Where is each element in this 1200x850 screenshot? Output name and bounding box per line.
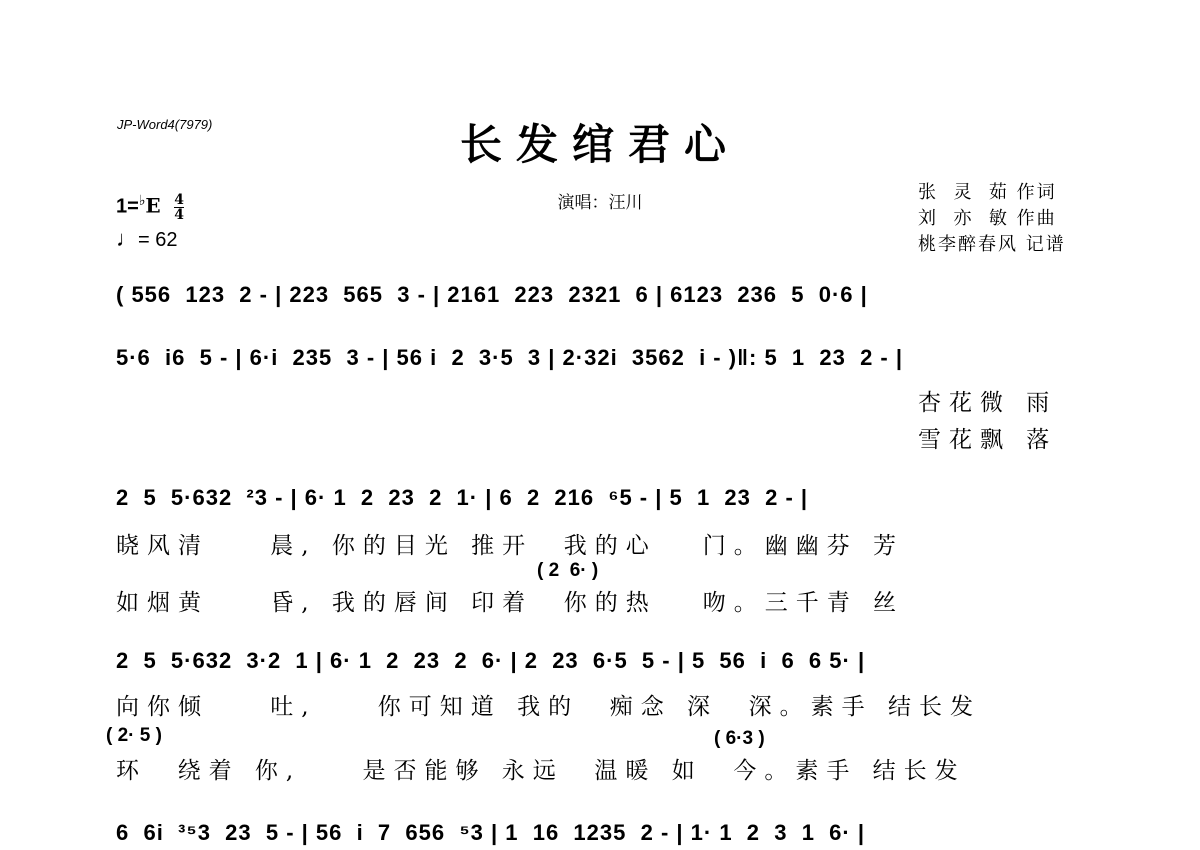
lyric-row-2-verse-1: 杏花微 雨 <box>918 384 1057 417</box>
score-row-5: 6 6i ³⁵3 23 5 - | 56 i 7 656 ⁵3 | 1 16 1… <box>116 820 1092 846</box>
lyric-row-3-verse-2: 如烟黄 昏, 我的唇间 印着 你的热 吻。三千青 丝 <box>116 584 904 617</box>
key-note: E <box>145 194 160 218</box>
key-prefix: 1= <box>116 196 139 218</box>
score-row-2: 5·6 i6 5 - | 6·i 235 3 - | 56 i 2 3·5 3 … <box>116 345 1092 371</box>
song-title: 长发绾君心 <box>0 112 1200 172</box>
variant-notes-row-3: ( 2 6· ) <box>537 560 598 582</box>
time-bottom: 4 <box>174 208 184 222</box>
variant-notes-row-4-b: ( 6·3 ) <box>714 728 765 750</box>
variant-notes-row-4-a: ( 2· 5 ) <box>106 725 162 747</box>
credits: 张 灵 茹 作词 刘 亦 敏 作曲 桃李醉春风 记谱 <box>918 180 1066 258</box>
key-signature: 1=♭E 4 4 <box>116 192 184 222</box>
composer-credit: 刘 亦 敏 作曲 <box>918 206 1066 232</box>
transcriber-credit: 桃李醉春风 记谱 <box>918 232 1066 258</box>
tempo-value: = 62 <box>138 229 177 251</box>
lyric-row-2-verse-2: 雪花飘 落 <box>918 421 1057 454</box>
score-row-3: 2 5 5·632 ²3 - | 6· 1 2 23 2 1· | 6 2 21… <box>116 485 1092 511</box>
lyric-row-3-verse-1: 晓风清 晨, 你的目光 推开 我的心 门。幽幽芬 芳 <box>116 527 904 560</box>
score-row-1: ( 556 123 2 - | 223 565 3 - | 2161 223 2… <box>116 282 1092 308</box>
quarter-note-icon: ♩ <box>116 226 138 251</box>
time-top: 4 <box>174 193 184 208</box>
lyric-row-4-verse-1: 向你倾 吐, 你可知道 我的 痴念 深 深。素手 结长发 <box>116 688 981 721</box>
lyric-row-4-verse-2: 环 绕着 你, 是否能够 永远 温暖 如 今。素手 结长发 <box>116 752 966 785</box>
tempo-marking: ♩= 62 <box>116 226 177 252</box>
lyricist-credit: 张 灵 茹 作词 <box>918 180 1066 206</box>
score-row-4: 2 5 5·632 3·2 1 | 6· 1 2 23 2 6· | 2 23 … <box>116 648 1092 674</box>
time-signature: 4 4 <box>174 193 184 222</box>
